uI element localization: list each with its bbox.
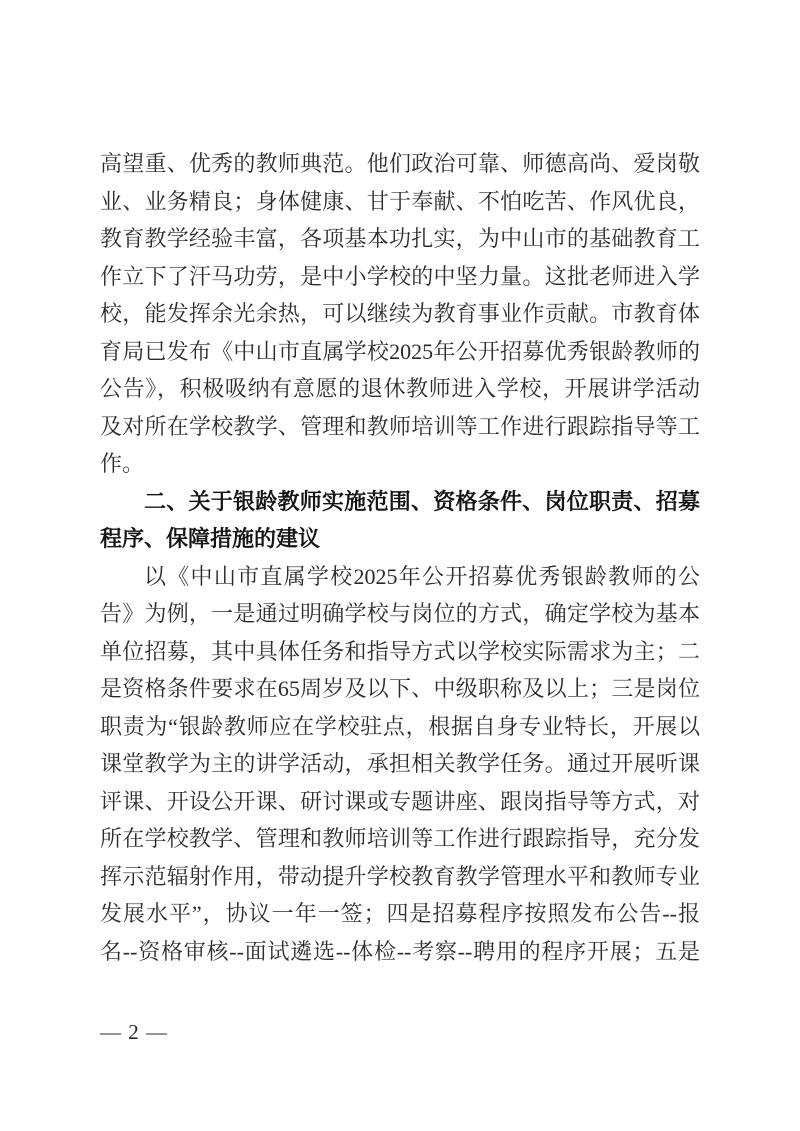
text-line: 告》为例，一是通过明确学校与岗位的方式，确定学校为基本 — [100, 595, 700, 633]
text-line: 课堂教学为主的讲学活动，承担相关教学任务。通过开展听课 — [100, 745, 700, 783]
text-line: 是资格条件要求在65周岁及以下、中级职称及以上；三是岗位 — [100, 670, 700, 708]
text-line: 以《中山市直属学校2025年公开招募优秀银龄教师的公 — [100, 558, 700, 596]
page-number: — 2 — — [100, 1017, 168, 1047]
text-line: 发展水平”，协议一年一签；四是招募程序按照发布公告--报 — [100, 895, 700, 933]
text-line: 名--资格审核--面试遴选--体检--考察--聘用的程序开展；五是 — [100, 933, 700, 971]
text-line: 业、业务精良；身体健康、甘于奉献、不怕吃苦、作风优良， — [100, 183, 700, 221]
text-line: 育局已发布《中山市直属学校2025年公开招募优秀银龄教师的 — [100, 333, 700, 371]
text-line: 作立下了汗马功劳，是中小学校的中坚力量。这批老师进入学 — [100, 258, 700, 296]
text-line: 评课、开设公开课、研讨课或专题讲座、跟岗指导等方式，对 — [100, 783, 700, 821]
text-line: 教育教学经验丰富，各项基本功扎实，为中山市的基础教育工 — [100, 220, 700, 258]
text-line: 公告》，积极吸纳有意愿的退休教师进入学校，开展讲学活动 — [100, 370, 700, 408]
document-page: 高望重、优秀的教师典范。他们政治可靠、师德高尚、爱岗敬 业、业务精良；身体健康、… — [0, 0, 800, 1131]
section-heading-line-2: 程序、保障措施的建议 — [100, 520, 700, 558]
text-line: 高望重、优秀的教师典范。他们政治可靠、师德高尚、爱岗敬 — [100, 145, 700, 183]
document-body: 高望重、优秀的教师典范。他们政治可靠、师德高尚、爱岗敬 业、业务精良；身体健康、… — [100, 145, 700, 970]
section-heading-line-1: 二、关于银龄教师实施范围、资格条件、岗位职责、招募 — [100, 483, 700, 521]
text-line: 单位招募，其中具体任务和指导方式以学校实际需求为主；二 — [100, 633, 700, 671]
text-line: 校，能发挥余光余热，可以继续为教育事业作贡献。市教育体 — [100, 295, 700, 333]
text-line: 所在学校教学、管理和教师培训等工作进行跟踪指导，充分发 — [100, 820, 700, 858]
text-line: 职责为“银龄教师应在学校驻点，根据自身专业特长，开展以 — [100, 708, 700, 746]
text-line: 作。 — [100, 445, 700, 483]
text-line: 及对所在学校教学、管理和教师培训等工作进行跟踪指导等工 — [100, 408, 700, 446]
text-line: 挥示范辐射作用，带动提升学校教育教学管理水平和教师专业 — [100, 858, 700, 896]
